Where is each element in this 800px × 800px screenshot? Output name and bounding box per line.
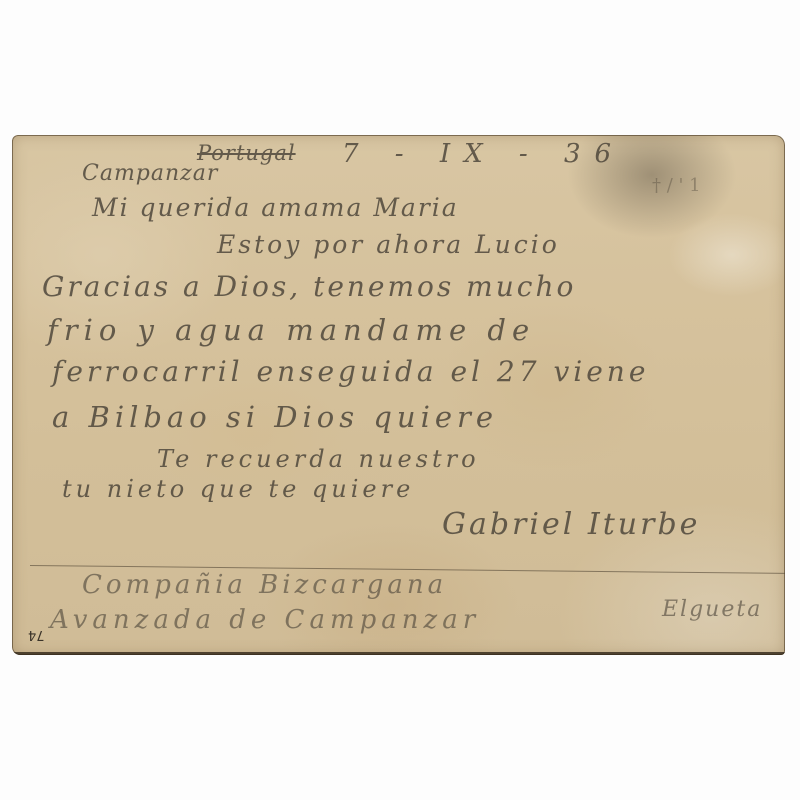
letter-line-8: tu nieto que te quiere bbox=[62, 475, 414, 503]
smudge-marks: † / ' 1 bbox=[652, 175, 701, 196]
letter-line-6: a Bilbao si Dios quiere bbox=[52, 400, 498, 434]
footer-line-3: Elgueta bbox=[662, 597, 762, 622]
scan-background: † / ' 1 Portugal 7 - IX - 36 Campanzar M… bbox=[0, 0, 800, 800]
postcard: † / ' 1 Portugal 7 - IX - 36 Campanzar M… bbox=[12, 135, 785, 655]
letter-line-4: frio y agua mandame de bbox=[47, 313, 535, 347]
letter-line-3: Gracias a Dios, tenemos mucho bbox=[42, 270, 576, 303]
letter-line-5: ferrocarril enseguida el 27 viene bbox=[52, 355, 649, 388]
header-place: Campanzar bbox=[82, 161, 218, 186]
card-edge bbox=[12, 652, 785, 655]
letter-line-2: Estoy por ahora Lucio bbox=[217, 230, 560, 259]
letter-line-7: Te recuerda nuestro bbox=[157, 445, 480, 473]
letter-line-1: Mi querida amama Maria bbox=[92, 193, 459, 222]
footer-line-2: Avanzada de Campanzar bbox=[50, 605, 480, 635]
footer-line-1: Compañia Bizcargana bbox=[82, 570, 447, 600]
signature: Gabriel Iturbe bbox=[442, 507, 700, 542]
header-date: 7 - IX - 36 bbox=[342, 139, 625, 169]
corner-mark: 74 bbox=[28, 627, 45, 642]
